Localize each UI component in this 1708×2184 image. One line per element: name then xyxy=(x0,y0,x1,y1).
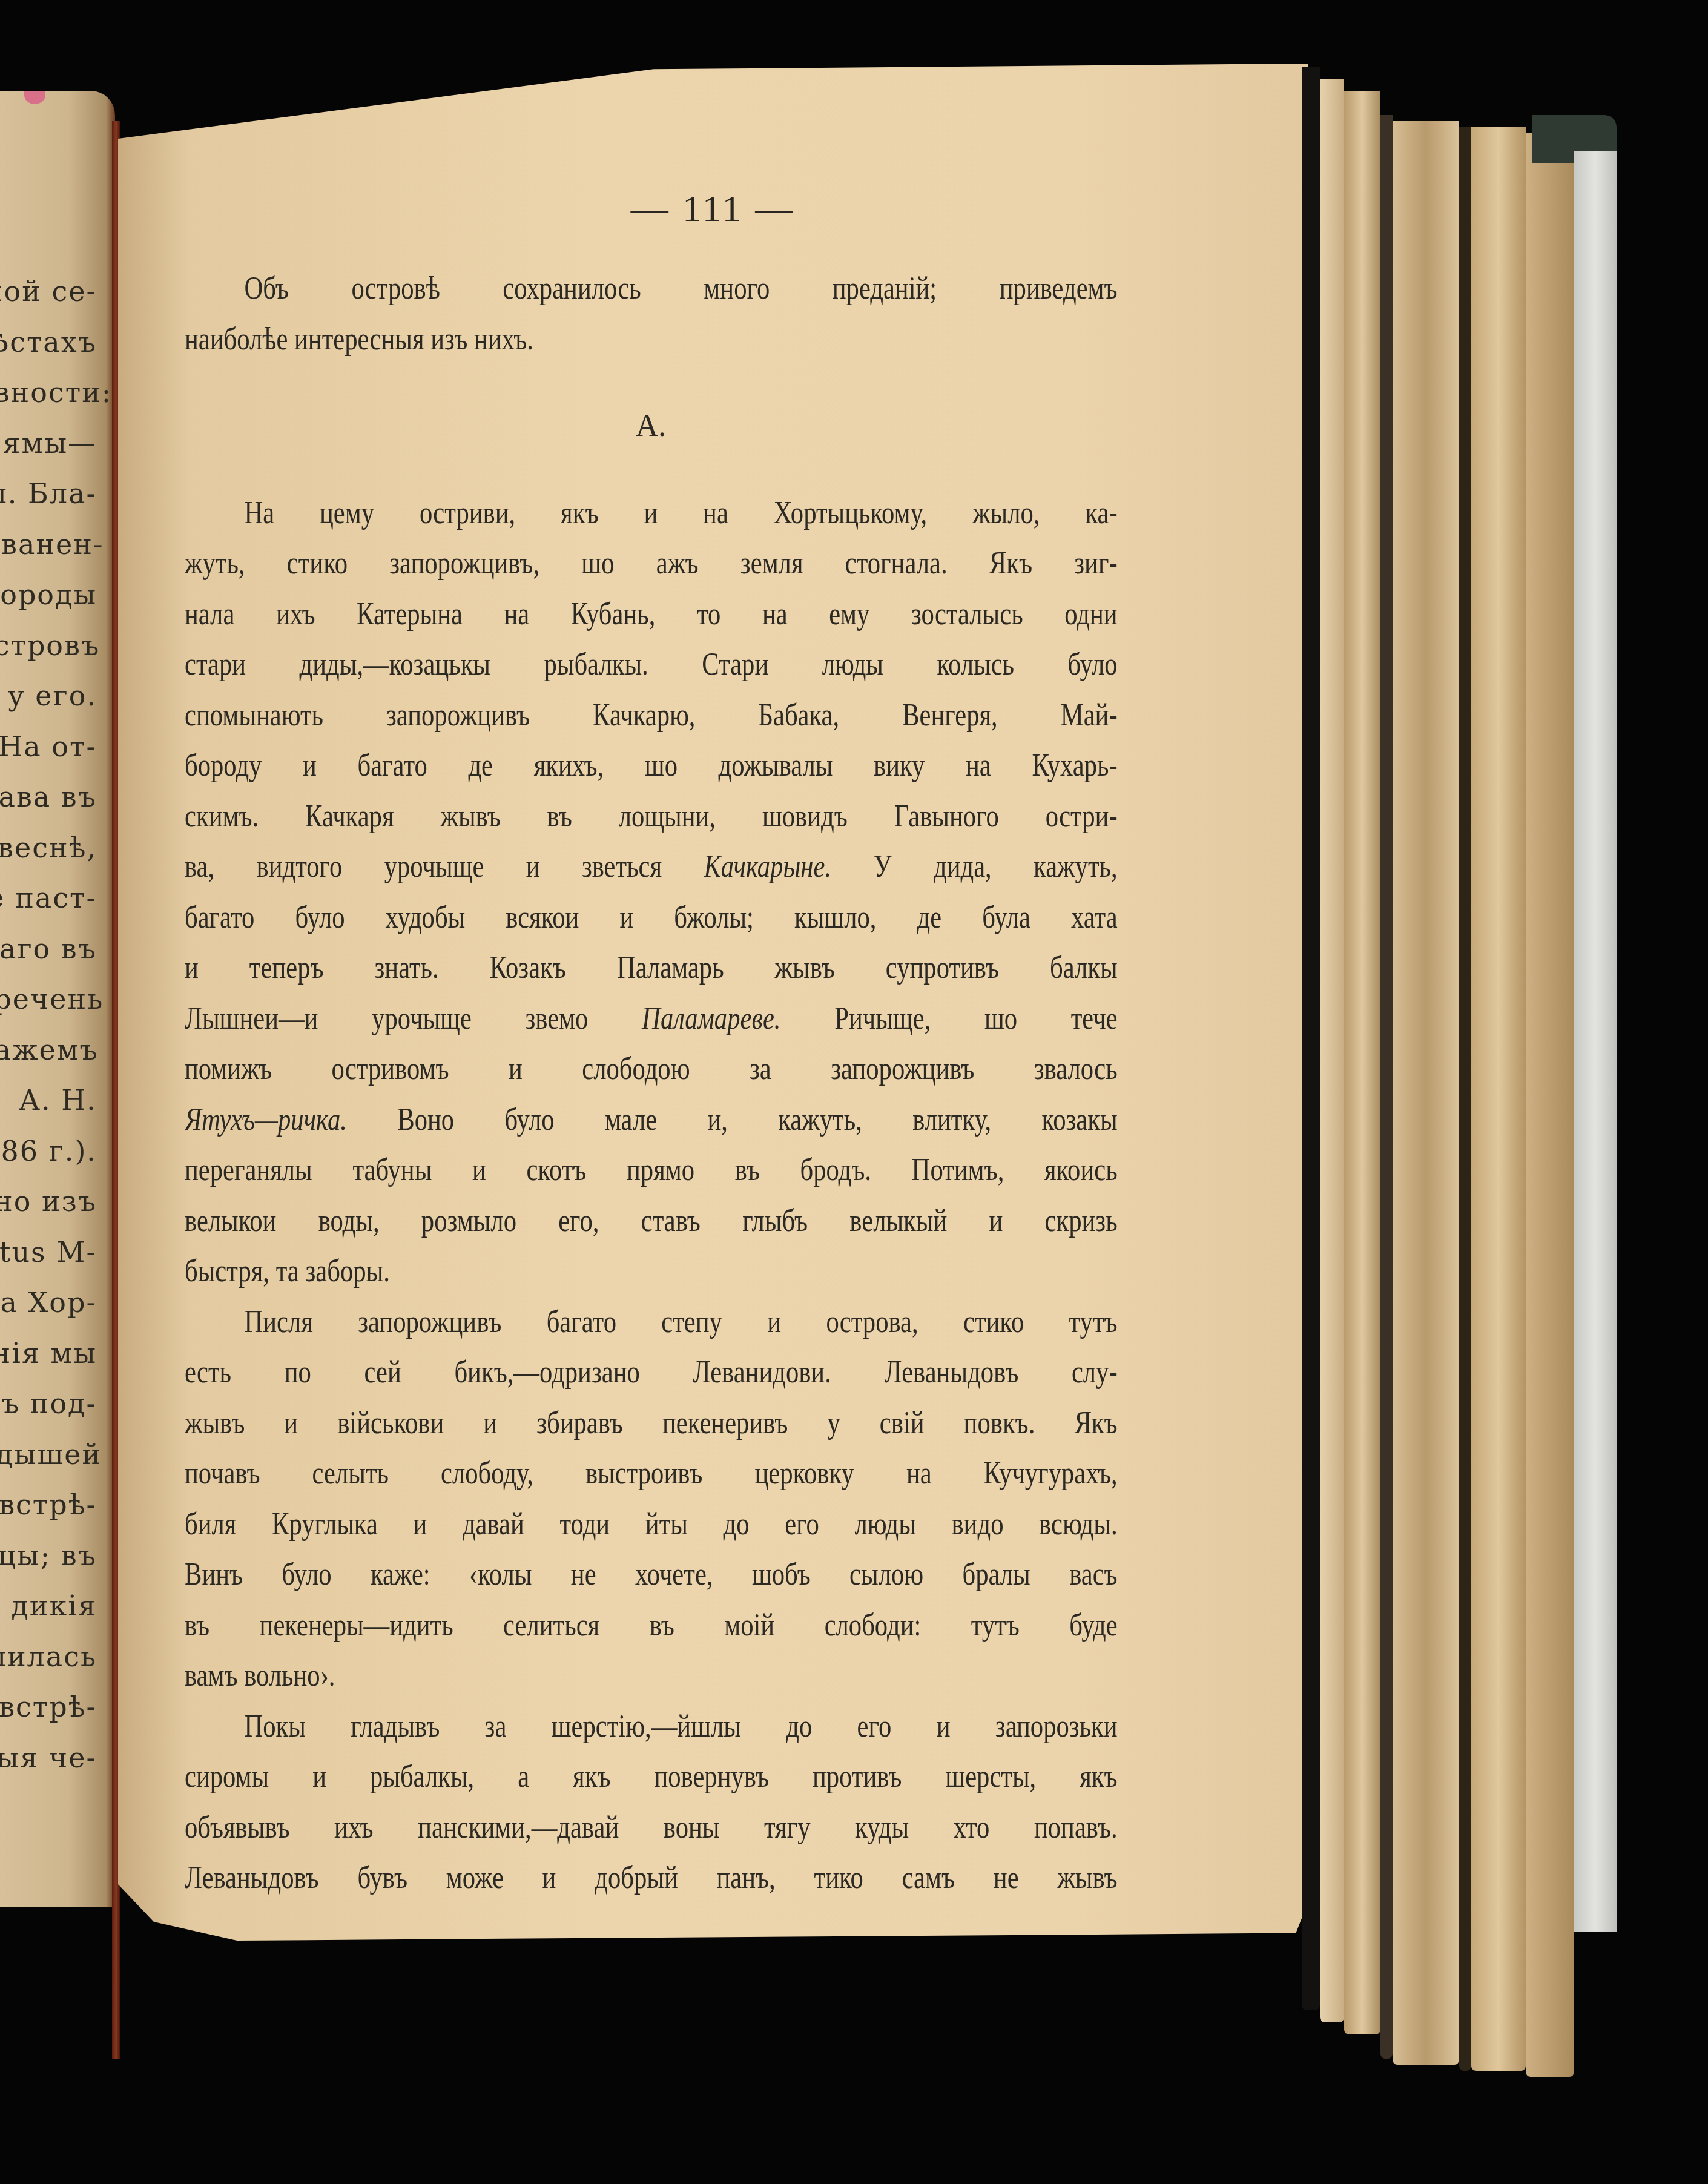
left-page-line: у его. xyxy=(0,671,97,722)
text-line: стари диды,—козацькы рыбалкы. Стари люды… xyxy=(185,639,1118,690)
text-line: помижъ остривомъ и слободою за запорожци… xyxy=(185,1044,1118,1095)
left-page-line: ямы— xyxy=(0,418,97,469)
bookmark-tab xyxy=(245,100,266,114)
text-line xyxy=(185,452,1118,488)
left-page-line: цы; въ xyxy=(0,1531,97,1582)
left-page-line: веснѣ, xyxy=(0,823,97,874)
text-line: скимъ. Качкаря жывъ въ лощыни, шовидъ Га… xyxy=(185,791,1118,842)
text-line: жывъ и військови и збиравъ пекенеривъ у … xyxy=(185,1398,1118,1449)
text-line: почавъ селыть слободу, выстроивъ церковк… xyxy=(185,1448,1118,1499)
text-line: переганялы табуны и скотъ прямо въ бродъ… xyxy=(185,1145,1118,1196)
left-page-line: ы. Бла- xyxy=(0,469,97,520)
left-page-line: atus M- xyxy=(0,1227,97,1278)
left-page-line: е паст- xyxy=(0,873,97,924)
text-line: жуть, стико запорожцивъ, шо ажъ земля ст… xyxy=(185,538,1118,589)
left-page-line: островъ xyxy=(0,621,97,671)
text-line: сиромы и рыбалкы, а якъ повернувъ против… xyxy=(185,1752,1118,1803)
left-page-line: 86 г.). xyxy=(0,1126,97,1177)
italic-place-name: Качкарыне. xyxy=(704,850,832,884)
page-edges xyxy=(1302,67,1592,2010)
text-line: Винъ було каже: ‹колы не хочете, шобъ сы… xyxy=(185,1549,1118,1600)
left-page-line: рава въ xyxy=(0,772,97,823)
section-heading: А. xyxy=(185,401,1117,452)
left-page-line: еречень xyxy=(0,974,97,1025)
left-page-line: ндышей xyxy=(0,1430,97,1480)
left-page-line: въ под- xyxy=(0,1379,97,1430)
left-page-line: Ѣстахъ xyxy=(0,317,97,368)
bookmark-tab xyxy=(24,91,45,104)
text-line: есть по сей бикъ,—одризано Леванидови. Л… xyxy=(185,1347,1118,1398)
text-line: Ятухъ—ричка. Воно було мале и, кажуть, в… xyxy=(185,1095,1118,1146)
book-cover xyxy=(1574,151,1617,1932)
text-line: въ пекенеры—идить селиться въ моій слобо… xyxy=(185,1600,1118,1651)
italic-place-name: Паламареве. xyxy=(642,1001,780,1036)
text-line: Объ островѣ сохранилось много преданій; … xyxy=(185,263,1118,314)
left-page-line: каго въ xyxy=(0,924,97,975)
text-line: биля Круглыка и давай тоди йты до его лю… xyxy=(185,1499,1118,1550)
text-line: и теперъ знать. Козакъ Паламарь жывъ суп… xyxy=(185,943,1118,994)
left-page-line: ыя че- xyxy=(0,1733,97,1784)
left-page-line: нія мы xyxy=(0,1328,97,1379)
left-page-text: ной се-Ѣстахъовности:ямы—ы. Бла-Иванен-п… xyxy=(0,266,97,1783)
left-page-line: а Хор- xyxy=(0,1278,97,1328)
text-line xyxy=(185,365,1118,401)
left-page-line: ной се- xyxy=(0,266,97,317)
text-line: Писля запорожцивъ багато степу и острова… xyxy=(185,1297,1118,1348)
text-line: велыкои воды, розмыло его, ставъ глыбъ в… xyxy=(185,1196,1118,1247)
left-page-line: встрѣ- xyxy=(0,1682,97,1733)
text-line: На цему остриви, якъ и на Хортыцькому, ж… xyxy=(185,488,1118,539)
left-page-line: А. Н. xyxy=(0,1075,97,1126)
page-body-text: Объ островѣ сохранилось много преданій; … xyxy=(185,263,1117,1904)
text-line: спомынають запорожцивъ Качкарю, Бабака, … xyxy=(185,690,1118,741)
text-line: Леваныдовъ бувъ може и добрый панъ, тико… xyxy=(185,1853,1118,1904)
left-page-line: дикія xyxy=(0,1581,97,1632)
text-line: Покы гладывъ за шерстію,—йшлы до его и з… xyxy=(185,1701,1118,1752)
text-line: объявывъ ихъ панскими,—давай воны тягу к… xyxy=(185,1803,1118,1853)
right-page: — 111 — Объ островѣ сохранилось много пр… xyxy=(118,64,1308,1941)
text-line: ва, видтого урочыще и зветься Качкарыне.… xyxy=(185,842,1118,892)
left-page-line: кажемъ xyxy=(0,1025,97,1076)
text-line: багато було худобы всякои и бжолы; кышло… xyxy=(185,892,1118,943)
text-line: быстря, та заборы. xyxy=(185,1246,1118,1297)
left-page-line: шилась xyxy=(0,1632,97,1683)
page-number: — 111 — xyxy=(118,188,1308,231)
text-line: Лышнеи—и урочыще звемо Паламареве. Ричыщ… xyxy=(185,994,1118,1044)
left-page-line: встрѣ- xyxy=(0,1480,97,1531)
text-line: вамъ вольно›. xyxy=(185,1651,1118,1701)
left-page-line: овности: xyxy=(0,368,97,418)
left-page-line: но изъ xyxy=(0,1176,97,1227)
italic-place-name: Ятухъ—ричка. xyxy=(185,1103,347,1137)
left-page-line: породы xyxy=(0,570,97,621)
text-line: нала ихъ Катерына на Кубань, то на ему з… xyxy=(185,589,1118,640)
left-page-line: На от- xyxy=(0,722,97,773)
text-line: бороду и багато де якихъ, шо дожывалы ви… xyxy=(185,741,1118,791)
left-page: ной се-Ѣстахъовности:ямы—ы. Бла-Иванен-п… xyxy=(0,91,115,1907)
text-line: наиболѣе интересныя изъ нихъ. xyxy=(185,314,1118,365)
left-page-line: Иванен- xyxy=(0,520,97,570)
